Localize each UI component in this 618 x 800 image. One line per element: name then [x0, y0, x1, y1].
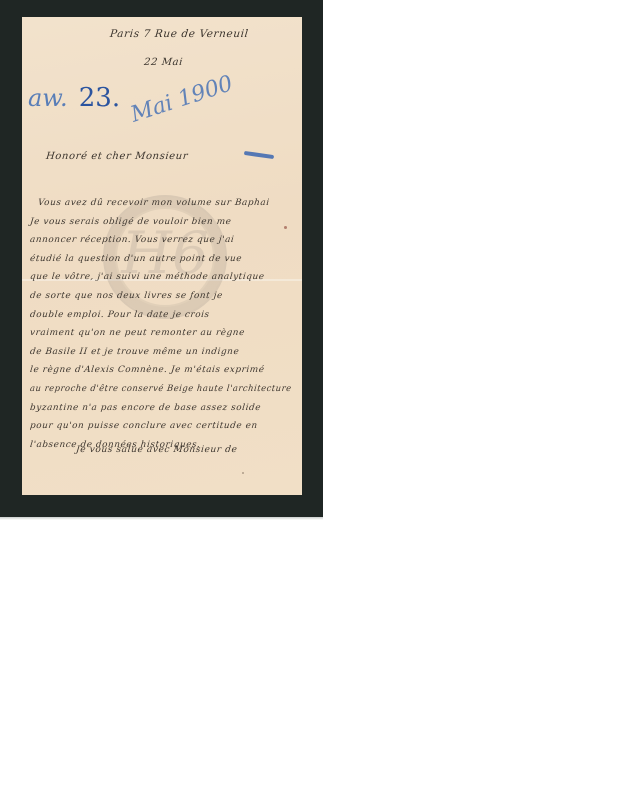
- received-prefix: aw.: [28, 84, 68, 112]
- received-month-year: Mai 1900: [128, 71, 236, 127]
- salutation: Honoré et cher Monsieur: [45, 151, 188, 162]
- scan-frame: H6 Paris 7 Rue de Verneuil 22 Mai aw. 23…: [0, 0, 323, 517]
- body-line: étudié la question d'un autre point de v…: [29, 254, 242, 264]
- sender-address: Paris 7 Rue de Verneuil: [109, 28, 249, 40]
- body-line: Vous avez dû recevoir mon volume sur Bap…: [37, 198, 270, 208]
- body-line: Je vous serais obligé de vouloir bien me: [29, 217, 231, 227]
- closing-line: Je vous salue avec Monsieur de: [75, 445, 237, 455]
- body-line: pour qu'on puisse conclure avec certitud…: [29, 421, 258, 431]
- body-line: le règne d'Alexis Comnène. Je m'étais ex…: [29, 365, 265, 375]
- body-line: au reproche d'être conservé Beige haute …: [29, 384, 292, 394]
- received-annotation: aw. 23. Mai 1900: [28, 83, 235, 113]
- letter-date: 22 Mai: [143, 57, 183, 68]
- body-line: de sorte que nos deux livres se font je: [29, 291, 223, 301]
- ink-speck: [242, 472, 244, 474]
- ink-spot: [284, 226, 287, 229]
- body-line: annoncer réception. Vous verrez que j'ai: [29, 235, 234, 245]
- body-line: double emploi. Pour la date je crois: [29, 310, 210, 320]
- body-line: vraiment qu'on ne peut remonter au règne: [29, 328, 245, 338]
- body-line: de Basile II et je trouve même un indign…: [29, 347, 239, 357]
- letter-paper: H6 Paris 7 Rue de Verneuil 22 Mai aw. 23…: [22, 17, 302, 495]
- received-day: 23.: [79, 83, 120, 113]
- body-line: byzantine n'a pas encore de base assez s…: [29, 403, 261, 413]
- body-line: que le vôtre, j'ai suivi une méthode ana…: [29, 272, 265, 282]
- blue-underline-mark: [244, 151, 274, 159]
